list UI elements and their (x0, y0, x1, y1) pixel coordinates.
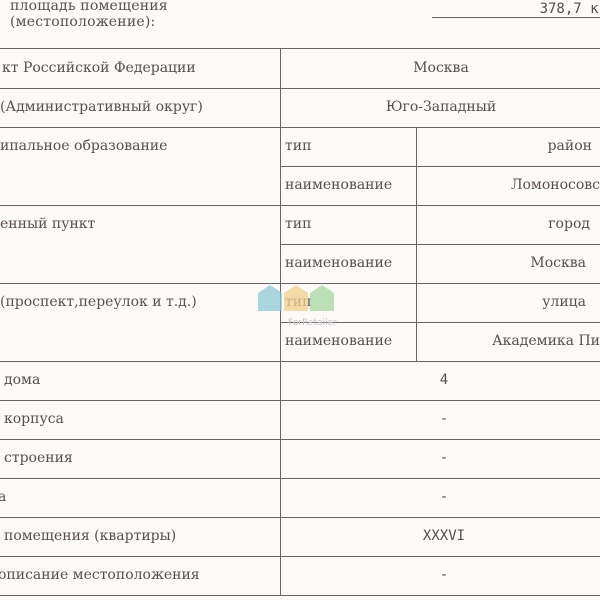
row-divider (0, 595, 600, 596)
row-divider (0, 88, 600, 89)
municipality-type-key: тип (285, 138, 311, 154)
row-divider (0, 478, 600, 479)
settlement-type-value: город (418, 216, 590, 232)
row-label-location-description: описание местоположения (0, 567, 200, 583)
row-label-apartment: помещения (квартиры) (4, 528, 176, 544)
row-divider (0, 400, 600, 401)
row-value-district: Юго-Западный (282, 99, 600, 115)
row-value-building: - (282, 411, 600, 427)
row-value-house: 4 (282, 372, 600, 388)
row-value-apartment: XXXVI (282, 528, 600, 544)
row-label-letter: а (0, 489, 6, 505)
row-value-letter: - (282, 489, 600, 505)
row-label-house: дома (4, 372, 40, 388)
row-divider (280, 244, 600, 245)
municipality-type-value: район (418, 138, 592, 154)
row-divider (280, 166, 600, 167)
street-name-value: Академика Пи (418, 333, 600, 349)
row-label-settlement: енный пункт (0, 216, 95, 232)
municipality-name-value: Ломоносовс (418, 177, 600, 193)
row-label-municipality: ипальное образование (0, 138, 167, 154)
row-label-building: корпуса (4, 411, 64, 427)
row-value-location-description: - (282, 567, 600, 583)
row-divider (0, 205, 600, 206)
municipality-name-key: наименование (285, 177, 392, 193)
house-icon (284, 285, 308, 311)
settlement-name-key: наименование (285, 255, 392, 271)
watermark-logo: ForRetailer (258, 285, 358, 333)
row-label-subject: кт Российской Федерации (2, 60, 196, 76)
row-label-structure: строения (4, 450, 73, 466)
row-divider (0, 48, 600, 49)
hanger-house-icon (310, 285, 334, 311)
row-divider (0, 517, 600, 518)
row-divider (0, 439, 600, 440)
row-divider (0, 361, 600, 362)
row-value-subject: Москва (282, 60, 600, 76)
settlement-name-value: Москва (418, 255, 586, 271)
row-label-district: (Административный округ) (0, 99, 203, 115)
column-divider (416, 127, 417, 361)
street-name-key: наименование (285, 333, 392, 349)
cart-house-icon (258, 285, 282, 311)
row-divider (0, 283, 600, 284)
row-value-structure: - (282, 450, 600, 466)
watermark-text: ForRetailer (288, 318, 337, 328)
row-label-street: (проспект,переулок и т.д.) (0, 294, 197, 310)
row-divider (0, 127, 600, 128)
settlement-type-key: тип (285, 216, 311, 232)
street-type-value: улица (418, 294, 586, 310)
row-divider (0, 556, 600, 557)
